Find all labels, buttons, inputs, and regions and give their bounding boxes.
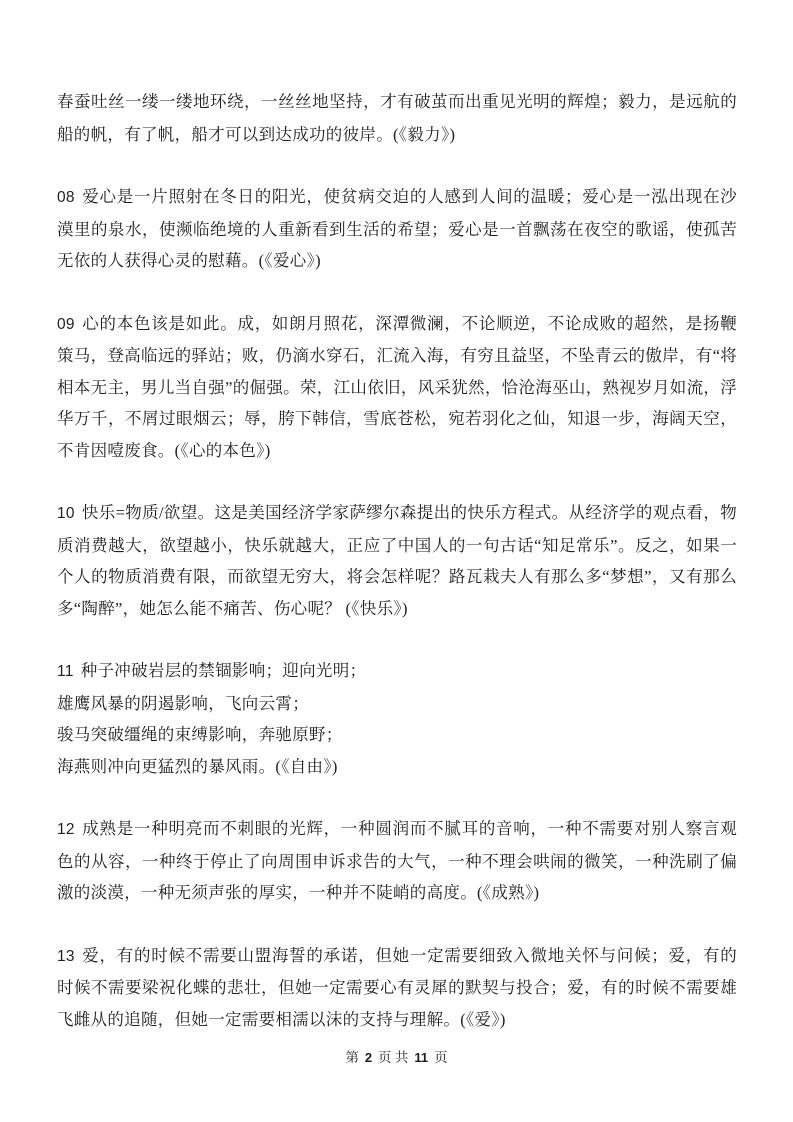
paragraph-number: 08 <box>57 189 75 206</box>
paragraph-text: 心的本色该是如此。成，如朗月照花，深潭微澜，不论顺逆，不论成败的超然，是扬鞭策马… <box>57 314 737 460</box>
paragraph-text: 种子冲破岩层的禁锢影响；迎向光明； 雄鹰风暴的阴遏影响，飞向云霄； 骏马突破缰绳… <box>57 661 366 776</box>
paragraph-number: 12 <box>57 821 75 838</box>
paragraph-10-kuaile: 10快乐=物质/欲望。这是美国经济学家萨缪尔森提出的快乐方程式。从经济学的观点看… <box>57 497 737 624</box>
document-page: 春蚕吐丝一缕一缕地环绕，一丝丝地坚持，才有破茧而出重见光明的辉煌；毅力，是远航的… <box>0 0 793 1122</box>
paragraph-12-chengshu: 12成熟是一种明亮而不刺眼的光辉，一种圆润而不腻耳的音响，一种不需要对别人察言观… <box>57 813 737 909</box>
paragraph-number: 11 <box>57 663 74 680</box>
paragraph-08-aixin: 08爱心是一片照射在冬日的阳光，使贫病交迫的人感到人间的温暖；爱心是一泓出现在沙… <box>57 181 737 277</box>
paragraph-text: 爱，有的时候不需要山盟海誓的承诺，但她一定需要细致入微地关怀与问候；爱，有的时候… <box>57 946 737 1029</box>
paragraph-number: 13 <box>57 948 75 965</box>
document-body: 春蚕吐丝一缕一缕地环绕，一丝丝地坚持，才有破茧而出重见光明的辉煌；毅力，是远航的… <box>57 86 737 1066</box>
footer-page-number: 2 <box>365 1050 372 1065</box>
paragraph-13-ai: 13爱，有的时候不需要山盟海誓的承诺，但她一定需要细致入微地关怀与问候；爱，有的… <box>57 940 737 1036</box>
paragraph-text: 爱心是一片照射在冬日的阳光，使贫病交迫的人感到人间的温暖；爱心是一泓出现在沙漠里… <box>57 187 737 270</box>
paragraph-11-ziyou: 11种子冲破岩层的禁锢影响；迎向光明； 雄鹰风暴的阴遏影响，飞向云霄； 骏马突破… <box>57 655 737 782</box>
paragraph-09-xindebense: 09心的本色该是如此。成，如朗月照花，深潭微澜，不论顺逆，不论成败的超然，是扬鞭… <box>57 308 737 467</box>
paragraph-number: 09 <box>57 316 75 333</box>
paragraph-text: 快乐=物质/欲望。这是美国经济学家萨缪尔森提出的快乐方程式。从经济学的观点看，物… <box>57 503 737 618</box>
paragraph-number: 10 <box>57 505 75 522</box>
footer-label-ye-gong: 页 共 <box>378 1050 408 1065</box>
paragraph-text: 成熟是一种明亮而不刺眼的光辉，一种圆润而不腻耳的音响，一种不需要对别人察言观色的… <box>57 819 737 902</box>
footer-label-di: 第 <box>345 1050 359 1065</box>
paragraph-text: 春蚕吐丝一缕一缕地环绕，一丝丝地坚持，才有破茧而出重见光明的辉煌；毅力，是远航的… <box>57 92 737 144</box>
footer-total-pages: 11 <box>414 1050 428 1065</box>
page-footer: 第2页 共11页 <box>0 1046 793 1066</box>
footer-label-ye: 页 <box>434 1050 448 1065</box>
paragraph-yili-continuation: 春蚕吐丝一缕一缕地环绕，一丝丝地坚持，才有破茧而出重见光明的辉煌；毅力，是远航的… <box>57 86 737 150</box>
